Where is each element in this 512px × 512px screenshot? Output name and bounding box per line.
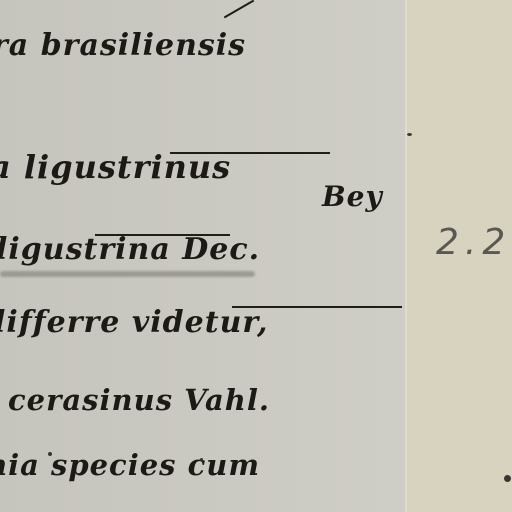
manuscript-sheet: ra brasiliensis a ligustrinus Bey ligust… [0,0,405,512]
manuscript-line-2: a ligustrinus [0,148,231,186]
pencil-underline [0,271,255,277]
manuscript-line-6: nia species cum [0,448,260,482]
manuscript-line-5: cerasinus Vahl. [8,383,270,417]
manuscript-line-3: ligustrina Dec. [0,232,260,267]
ink-stroke [224,0,254,18]
paper-speck [407,133,412,136]
paper-speck [504,475,511,482]
pencil-margin-annotation: 2.2. [436,222,512,263]
ink-speck [200,458,203,461]
ink-speck [48,452,52,456]
manuscript-line-4: lifferre videtur, [0,305,268,340]
manuscript-line-1: ra brasiliensis [0,28,246,63]
manuscript-author-abbrev: Bey [322,180,383,213]
